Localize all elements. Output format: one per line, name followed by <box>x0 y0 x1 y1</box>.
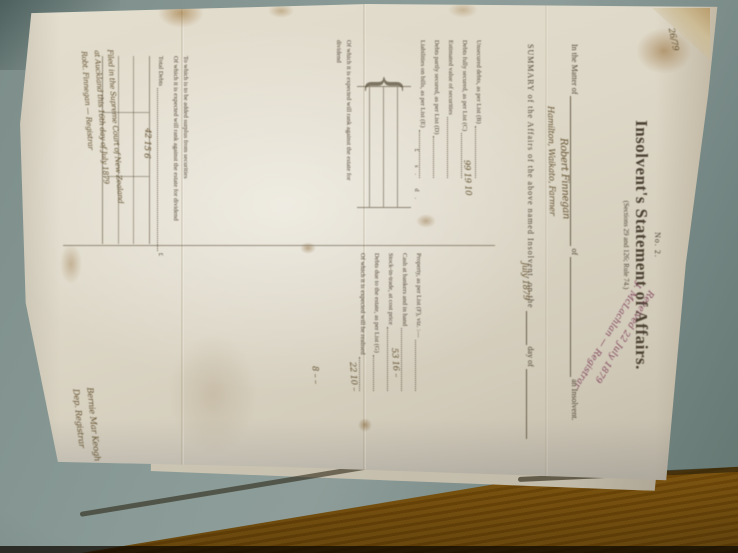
form-body: Unsecured debts, as per List (B) Debts f… <box>183 40 483 450</box>
corner-docket-scrawl: 26/79 <box>666 27 681 52</box>
total-debts-label: Total Debts <box>155 56 165 86</box>
handwritten-total: 42 15 6 <box>141 128 152 159</box>
asset-row: Cash at bankers and in hand <box>399 253 409 445</box>
asset-label: Debts due to the estate, as per List (G) <box>371 253 381 353</box>
asset-label: Property, as per List (F), viz. :— <box>413 253 423 338</box>
pounds-shillings-pence-heads: £ s. d. <box>410 149 419 205</box>
liability-label: Estimated value of securities <box>445 40 455 115</box>
photo-scene: 26/79 No. 2. Insolvent's Statement of Af… <box>0 0 738 553</box>
handwritten-figure: 53 16 – <box>389 348 401 378</box>
asset-row: Property, as per List (F), viz. :— <box>413 253 423 445</box>
asset-row: Of which it is expected will be realised <box>357 253 367 445</box>
asset-label: Of which it is expected will be realised <box>357 253 367 355</box>
liability-row: Debts partly secured, as per List (D) <box>431 40 441 232</box>
summary-mid: day of <box>526 347 535 367</box>
rank-note: Of which it is expected will rank agains… <box>333 40 353 190</box>
liability-label: Debts fully secured, as per List (C) <box>459 40 469 131</box>
asset-row: Debts due to the estate, as per List (G) <box>371 253 381 445</box>
liability-row: Debts fully secured, as per List (C) <box>459 40 469 232</box>
summary-line: SUMMARY of the Affairs of the above name… <box>526 44 536 446</box>
liability-label: Liabilities on bills, as per List (E) <box>417 40 427 128</box>
asset-label: Stock-in-trade, at cost price <box>385 253 395 325</box>
document-paper: 26/79 No. 2. Insolvent's Statement of Af… <box>18 4 718 486</box>
photo-bottom-shadow <box>0 546 738 553</box>
form-title: Insolvent's Statement of Affairs. <box>631 10 651 480</box>
handwritten-figure: 8 – – <box>310 366 321 384</box>
matter-prefix: In the Matter of <box>570 44 579 94</box>
currency-sign: £ <box>155 253 165 256</box>
form-subtitle: (Sections 29 and 126; Rule 74.) <box>622 10 630 480</box>
signature: Bernie Mar Keogh Dep. Registrar <box>67 387 103 464</box>
handwritten-figure: 99 19 10 <box>461 160 473 196</box>
liability-label: Unsecured debts, as per List (B) <box>473 40 483 124</box>
form-number: No. 2. <box>653 10 662 480</box>
assets-column: Property, as per List (F), viz. :— Cash … <box>353 253 423 445</box>
handwritten-residence: Hamilton, Waikato, Farmer <box>545 106 557 216</box>
form-header: No. 2. Insolvent's Statement of Affairs.… <box>622 10 662 480</box>
liability-label: Debts partly secured, as per List (D) <box>431 40 441 134</box>
total-debts-row: Total Debts £ <box>155 56 165 256</box>
liabilities-column: Unsecured debts, as per List (B) Debts f… <box>333 40 483 232</box>
liabilities-money-box: £ s. d. { <box>357 86 411 208</box>
asset-label: Cash at bankers and in hand <box>399 253 409 326</box>
footer-line: Of which it is expected will rank agains… <box>169 56 179 256</box>
footer-line: To which is to be added surplus from sec… <box>180 56 190 256</box>
liability-row: Estimated value of securities <box>445 40 455 232</box>
handwritten-figure: 22 10 – <box>347 362 359 392</box>
insolvency-form: 26/79 No. 2. Insolvent's Statement of Af… <box>48 10 688 480</box>
liability-row: Unsecured debts, as per List (B) <box>473 40 483 232</box>
handwritten-date: July 1879 <box>519 262 530 300</box>
matter-of: of <box>570 248 579 255</box>
